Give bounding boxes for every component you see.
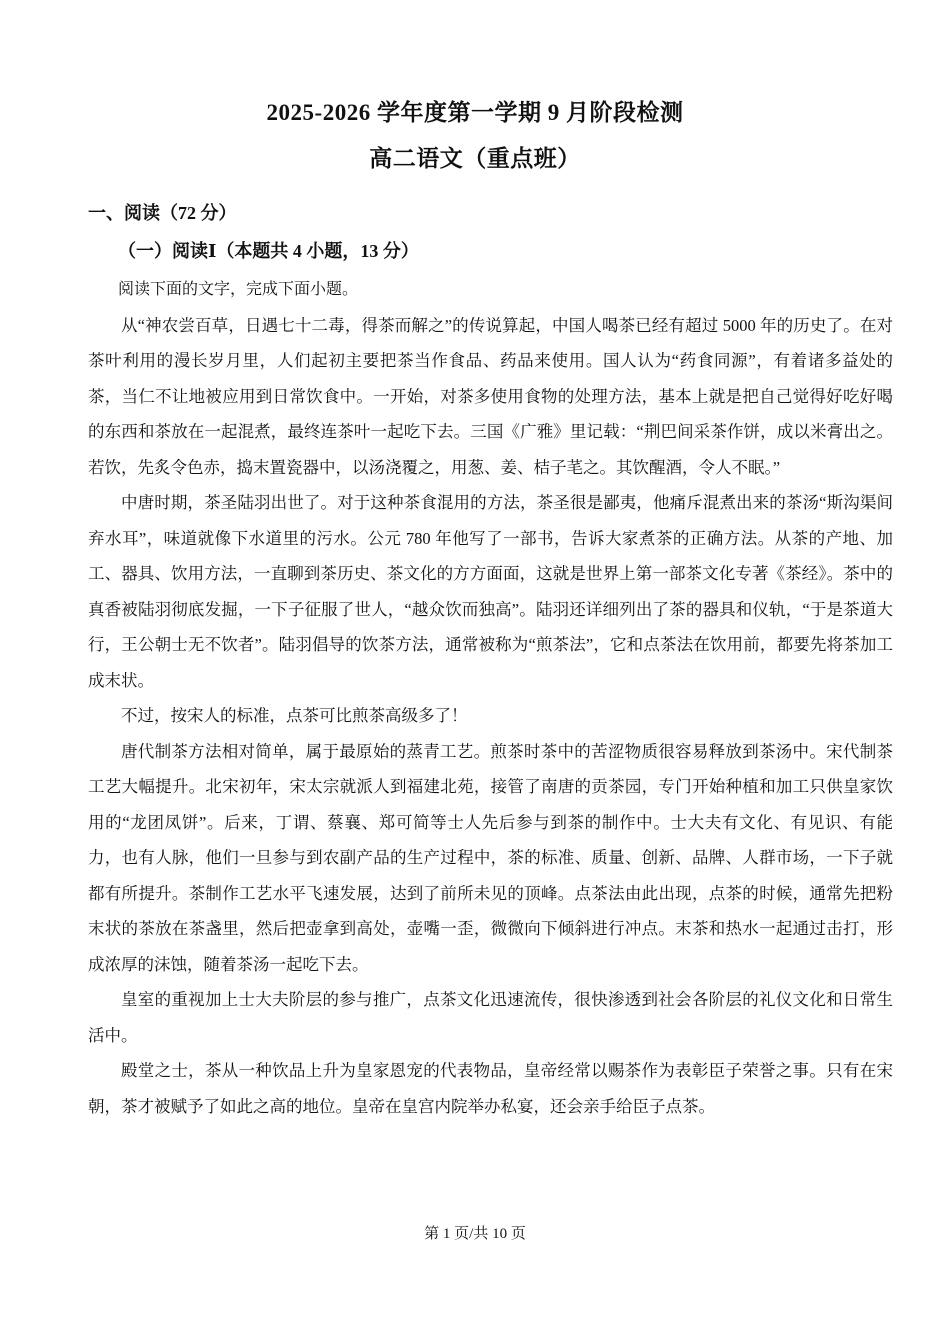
title-block: 2025-2026 学年度第一学期 9 月阶段检测 高二语文（重点班）	[0, 0, 950, 174]
body-paragraph: 中唐时期，茶圣陆羽出世了。对于这种茶食混用的方法，茶圣很是鄙夷，他痛斥混煮出来的…	[88, 485, 893, 698]
subsection-heading-reading-1: （一）阅读Ⅰ（本题共 4 小题，13 分）	[118, 240, 893, 263]
section-heading-reading: 一、阅读（72 分）	[88, 202, 893, 225]
exam-title: 2025-2026 学年度第一学期 9 月阶段检测	[0, 98, 950, 128]
exam-content: 一、阅读（72 分） （一）阅读Ⅰ（本题共 4 小题，13 分） 阅读下面的文字…	[88, 202, 893, 1125]
body-paragraph: 从“神农尝百草，日遇七十二毒，得茶而解之”的传说算起，中国人喝茶已经有超过 50…	[88, 308, 893, 486]
body-paragraph: 唐代制茶方法相对简单，属于最原始的蒸青工艺。煎茶时茶中的苦涩物质很容易释放到茶汤…	[88, 734, 893, 983]
page-number: 第 1 页/共 10 页	[0, 1222, 950, 1243]
body-paragraph: 皇室的重视加上士大夫阶层的参与推广，点茶文化迅速流传，很快渗透到社会各阶层的礼仪…	[88, 982, 893, 1053]
body-paragraph: 殿堂之士，茶从一种饮品上升为皇家恩宠的代表物品，皇帝经常以赐茶作为表彰臣子荣誉之…	[88, 1053, 893, 1124]
reading-instruction: 阅读下面的文字，完成下面小题。	[118, 279, 893, 301]
exam-subtitle: 高二语文（重点班）	[0, 144, 950, 174]
exam-paper-page: 2025-2026 学年度第一学期 9 月阶段检测 高二语文（重点班） 一、阅读…	[0, 0, 950, 1344]
passage-text: 从“神农尝百草，日遇七十二毒，得茶而解之”的传说算起，中国人喝茶已经有超过 50…	[88, 308, 893, 1125]
body-paragraph: 不过，按宋人的标准，点茶可比煎茶高级多了！	[88, 698, 893, 734]
